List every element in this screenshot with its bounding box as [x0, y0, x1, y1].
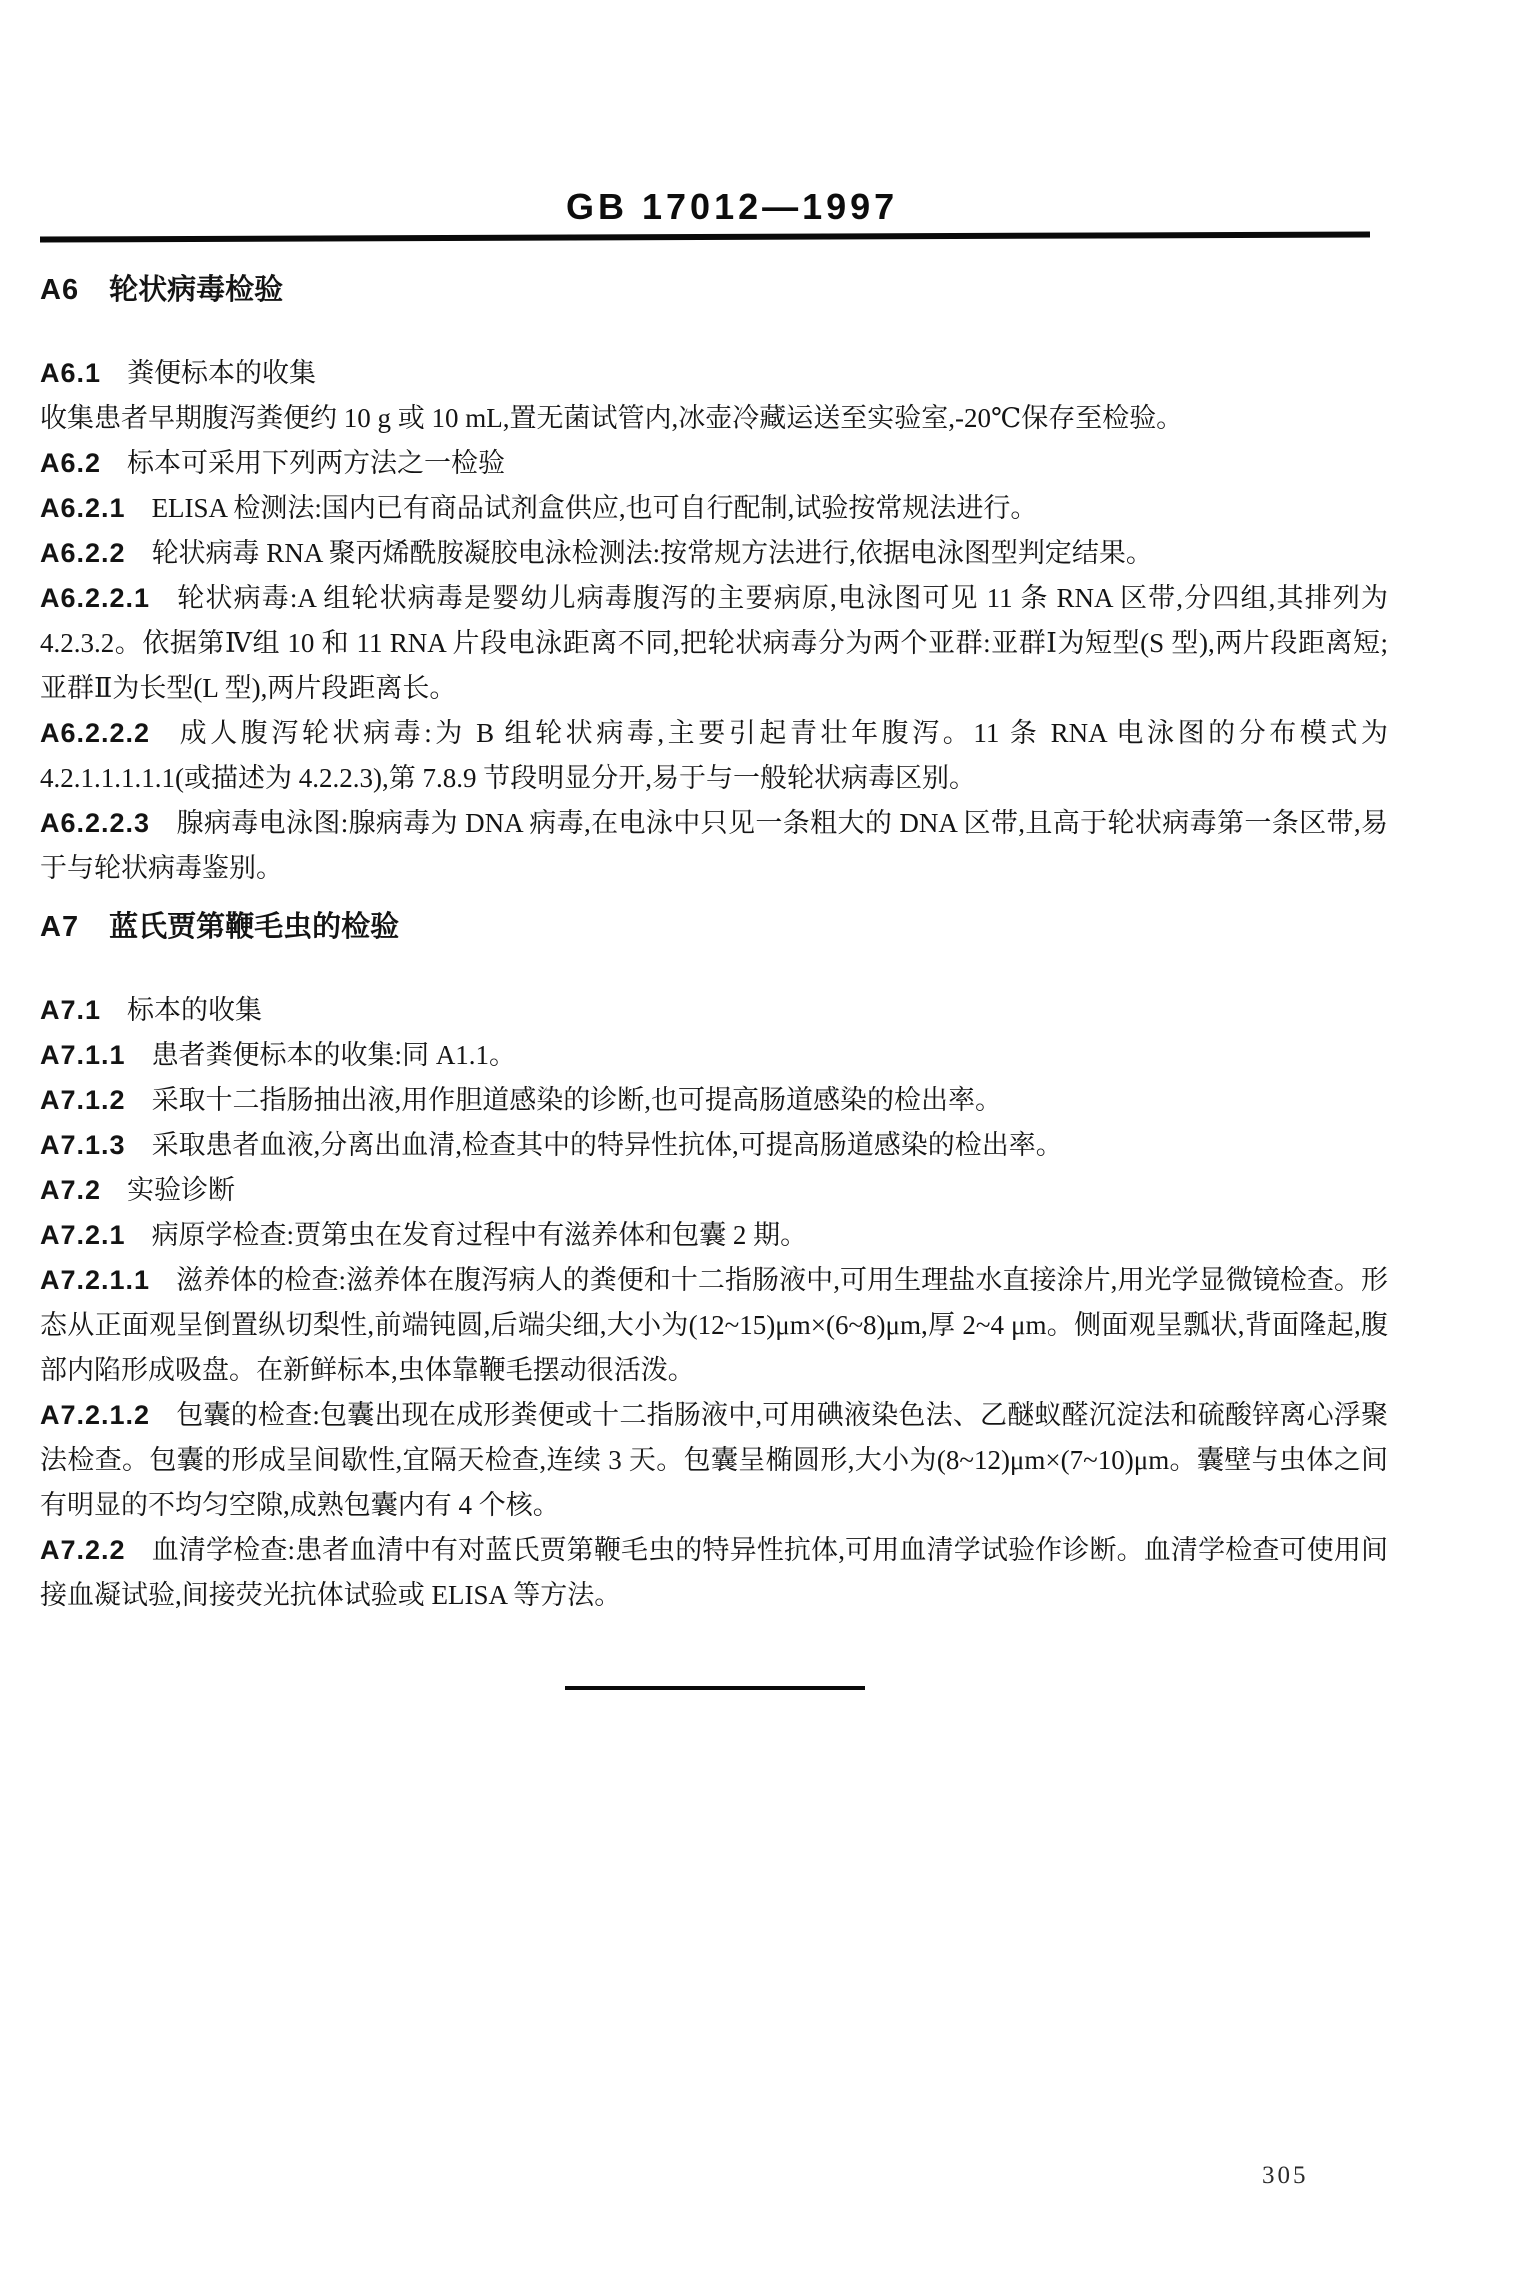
page-number: 305 — [1262, 2162, 1309, 2190]
clause-number: A6.2.2 — [40, 538, 126, 568]
clause-text: 包囊的检查:包囊出现在成形粪便或十二指肠液中,可用碘液染色法、乙醚蚁醛沉淀法和硫… — [40, 1400, 1388, 1520]
document-page: GB 17012—1997 A6轮状病毒检验A6.1粪便标本的收集收集患者早期腹… — [0, 0, 1536, 2285]
clause-text: 滋养体的检查:滋养体在腹泻病人的粪便和十二指肠液中,可用生理盐水直接涂片,用光学… — [40, 1265, 1388, 1385]
clause-heading-A6.1: A6.1粪便标本的收集 — [40, 351, 1388, 396]
clause-number: A6.2.1 — [40, 493, 126, 523]
clause-text: 蓝氏贾第鞭毛虫的检验 — [109, 911, 399, 943]
clause-A6.2.2.1: A6.2.2.1轮状病毒:A 组轮状病毒是婴幼儿病毒腹泻的主要病原,电泳图可见 … — [40, 576, 1388, 711]
clause-number: A7 — [40, 911, 79, 943]
clause-A6.2.2.3: A6.2.2.3腺病毒电泳图:腺病毒为 DNA 病毒,在电泳中只见一条粗大的 D… — [40, 801, 1388, 891]
clause-A7.1.2: A7.1.2采取十二指肠抽出液,用作胆道感染的诊断,也可提高肠道感染的检出率。 — [40, 1078, 1388, 1123]
clause-number: A7.1.2 — [40, 1085, 126, 1115]
clause-number: A7.2.2 — [40, 1535, 126, 1565]
clause-A6.2.2: A6.2.2轮状病毒 RNA 聚丙烯酰胺凝胶电泳检测法:按常规方法进行,依据电泳… — [40, 531, 1388, 576]
clause-text: 病原学检查:贾第虫在发育过程中有滋养体和包囊 2 期。 — [152, 1220, 808, 1250]
clause-text: 患者粪便标本的收集:同 A1.1。 — [152, 1040, 517, 1070]
clause-number: A6.2.2.3 — [40, 808, 150, 838]
clause-heading-A6.2: A6.2标本可采用下列两方法之一检验 — [40, 441, 1388, 486]
clause-A7.2.2: A7.2.2血清学检查:患者血清中有对蓝氏贾第鞭毛虫的特异性抗体,可用血清学试验… — [40, 1528, 1388, 1618]
document-body: A6轮状病毒检验A6.1粪便标本的收集收集患者早期腹泻粪便约 10 g 或 10… — [40, 268, 1388, 1618]
paragraph: 收集患者早期腹泻粪便约 10 g 或 10 mL,置无菌试管内,冰壶冷藏运送至实… — [40, 396, 1388, 441]
clause-number: A6.2.2.2 — [40, 718, 150, 748]
clause-A7.2.1.1: A7.2.1.1滋养体的检查:滋养体在腹泻病人的粪便和十二指肠液中,可用生理盐水… — [40, 1258, 1388, 1393]
section-heading-A6: A6轮状病毒检验 — [40, 268, 1388, 313]
clause-text: 标本的收集 — [127, 995, 262, 1025]
clause-text: 粪便标本的收集 — [127, 358, 316, 388]
clause-text: 血清学检查:患者血清中有对蓝氏贾第鞭毛虫的特异性抗体,可用血清学试验作诊断。血清… — [40, 1535, 1388, 1610]
clause-A6.2.2.2: A6.2.2.2成人腹泻轮状病毒:为 B 组轮状病毒,主要引起青壮年腹泻。11 … — [40, 711, 1388, 801]
clause-text: 标本可采用下列两方法之一检验 — [127, 448, 505, 478]
clause-text: 收集患者早期腹泻粪便约 10 g 或 10 mL,置无菌试管内,冰壶冷藏运送至实… — [40, 403, 1183, 433]
clause-A7.1.1: A7.1.1患者粪便标本的收集:同 A1.1。 — [40, 1033, 1388, 1078]
clause-number: A7.1.1 — [40, 1040, 126, 1070]
clause-number: A7.1.3 — [40, 1130, 126, 1160]
clause-number: A6.1 — [40, 358, 101, 388]
clause-number: A7.2.1.1 — [40, 1265, 150, 1295]
clause-text: 成人腹泻轮状病毒:为 B 组轮状病毒,主要引起青壮年腹泻。11 条 RNA 电泳… — [40, 718, 1388, 793]
clause-text: 采取十二指肠抽出液,用作胆道感染的诊断,也可提高肠道感染的检出率。 — [152, 1085, 1003, 1115]
clause-number: A6.2 — [40, 448, 101, 478]
clause-number: A7.2.1.2 — [40, 1400, 150, 1430]
header-rule — [40, 231, 1370, 242]
content-divider — [565, 1686, 865, 1690]
clause-text: 采取患者血液,分离出血清,检查其中的特异性抗体,可提高肠道感染的检出率。 — [152, 1130, 1063, 1160]
clause-A6.2.1: A6.2.1ELISA 检测法:国内已有商品试剂盒供应,也可自行配制,试验按常规… — [40, 486, 1388, 531]
clause-text: 实验诊断 — [127, 1175, 235, 1205]
clause-A7.1.3: A7.1.3采取患者血液,分离出血清,检查其中的特异性抗体,可提高肠道感染的检出… — [40, 1123, 1388, 1168]
clause-heading-A7.2: A7.2实验诊断 — [40, 1168, 1388, 1213]
clause-text: 腺病毒电泳图:腺病毒为 DNA 病毒,在电泳中只见一条粗大的 DNA 区带,且高… — [40, 808, 1388, 883]
clause-A7.2.1.2: A7.2.1.2包囊的检查:包囊出现在成形粪便或十二指肠液中,可用碘液染色法、乙… — [40, 1393, 1388, 1528]
clause-number: A7.2.1 — [40, 1220, 126, 1250]
clause-number: A6 — [40, 274, 79, 306]
standard-code: GB 17012—1997 — [566, 186, 898, 228]
clause-text: 轮状病毒:A 组轮状病毒是婴幼儿病毒腹泻的主要病原,电泳图可见 11 条 RNA… — [40, 583, 1388, 703]
clause-heading-A7.1: A7.1标本的收集 — [40, 988, 1388, 1033]
clause-A7.2.1: A7.2.1病原学检查:贾第虫在发育过程中有滋养体和包囊 2 期。 — [40, 1213, 1388, 1258]
clause-number: A6.2.2.1 — [40, 583, 150, 613]
clause-text: 轮状病毒检验 — [109, 274, 283, 306]
clause-text: ELISA 检测法:国内已有商品试剂盒供应,也可自行配制,试验按常规法进行。 — [152, 493, 1038, 523]
section-heading-A7: A7蓝氏贾第鞭毛虫的检验 — [40, 905, 1388, 950]
clause-text: 轮状病毒 RNA 聚丙烯酰胺凝胶电泳检测法:按常规方法进行,依据电泳图型判定结果… — [152, 538, 1153, 568]
clause-number: A7.1 — [40, 995, 101, 1025]
clause-number: A7.2 — [40, 1175, 101, 1205]
